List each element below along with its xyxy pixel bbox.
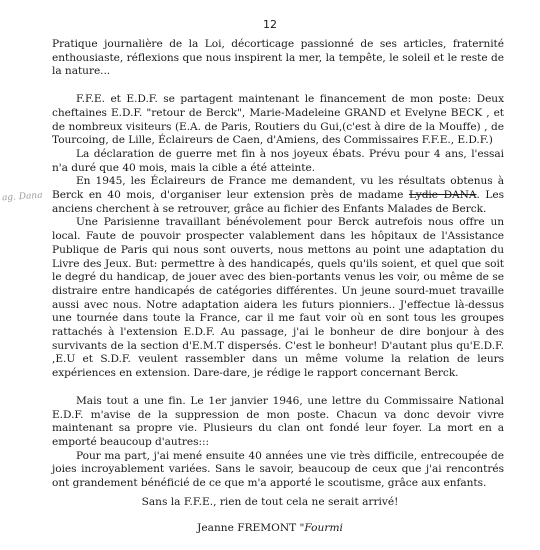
paragraph-1: Pratique journalière de la Loi, décortic… bbox=[52, 38, 504, 79]
paragraph-2: F.F.E. et E.D.F. se partagent maintenant… bbox=[52, 93, 504, 148]
closing-line: Sans la F.F.E., rien de tout cela ne ser… bbox=[0, 496, 540, 508]
document-page: 12 ag. Dana Pratique journalière de la L… bbox=[0, 0, 540, 550]
paragraph-6: Mais tout a une fin. Le 1er janvier 1946… bbox=[52, 395, 504, 450]
handwritten-margin-note: ag. Dana bbox=[2, 191, 43, 204]
paragraph-4: En 1945, les Éclaireurs de France me dem… bbox=[52, 175, 504, 216]
paragraph-3: La déclaration de guerre met fin à nos j… bbox=[52, 148, 504, 175]
body-text-block-1: Pratique journalière de la Loi, décortic… bbox=[52, 38, 504, 491]
paragraph-7: Pour ma part, j'ai mené ensuite 40 année… bbox=[52, 450, 504, 491]
signature-nickname: Fourmi bbox=[304, 522, 342, 534]
signature-name: Jeanne FREMONT " bbox=[197, 522, 304, 534]
struck-name: Lydie DANA bbox=[409, 189, 477, 201]
signature: Jeanne FREMONT "Fourmi bbox=[0, 522, 540, 534]
page-number: 12 bbox=[0, 18, 540, 31]
paragraph-5: Une Parisienne travaillant bénévolement … bbox=[52, 216, 504, 380]
